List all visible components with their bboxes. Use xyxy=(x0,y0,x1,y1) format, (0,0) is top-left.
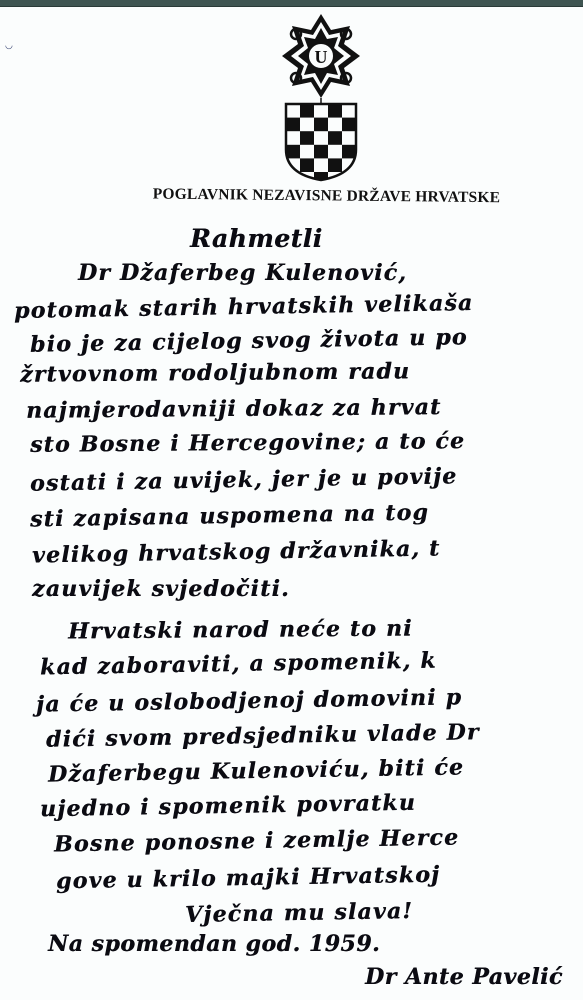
letter-line: najmjerodavniji dokaz za hrvat xyxy=(26,396,442,422)
letter-line: ujedno i spomenik povratku xyxy=(40,792,416,821)
letter-line: Dr Džaferbeg Kulenović, xyxy=(78,262,407,284)
corner-mark-icon: ◡ xyxy=(5,43,13,50)
letter-line: sto Bosne i Hercegovine; a to će xyxy=(30,430,465,456)
letter-line: gove u krilo majki Hrvatskoj xyxy=(56,864,441,893)
letter-line: dići svom predsjedniku vlade Dr xyxy=(46,721,480,751)
letter-line: zauvijek svjedočiti. xyxy=(32,578,290,600)
closing-line: Vječna mu slava! xyxy=(185,900,414,926)
letter-line: ostati i za uvijek, jer je u povije xyxy=(30,465,458,494)
letter-line: žrtvovnom rodoljubnom radu xyxy=(20,360,410,385)
letterhead-title: POGLAVNIK NEZAVISNE DRŽAVE HRVATSKE xyxy=(0,184,583,208)
letter-line: bio je za cijelog svog života u po xyxy=(30,326,468,356)
letterhead-emblem: U xyxy=(276,12,366,182)
svg-text:U: U xyxy=(315,47,328,67)
salutation: Rahmetli xyxy=(190,226,323,251)
letter-line: sti zapisana uspomena na tog xyxy=(30,502,429,531)
letter-line: potomak starih hrvatskih velikaša xyxy=(14,292,474,322)
signature: Dr Ante Pavelić xyxy=(365,966,563,988)
letter-line: kad zaboraviti, a spomenik, k xyxy=(40,650,437,679)
dateline: Na spomendan god. 1959. xyxy=(48,933,380,955)
window-top-bar xyxy=(0,0,583,7)
letter-line: Hrvatski narod neće to ni xyxy=(68,617,413,642)
checkered-shield-icon xyxy=(286,104,356,182)
letter-line: ja će u oslobodjenoj domovini p xyxy=(36,686,462,715)
letter-line: Džaferbegu Kulenoviću, biti će xyxy=(48,756,464,785)
ustasha-badge-icon: U xyxy=(282,14,360,104)
letter-line: Bosne ponosne i zemlje Herce xyxy=(54,826,460,855)
letter-line: velikog hrvatskog državnika, t xyxy=(32,537,441,566)
